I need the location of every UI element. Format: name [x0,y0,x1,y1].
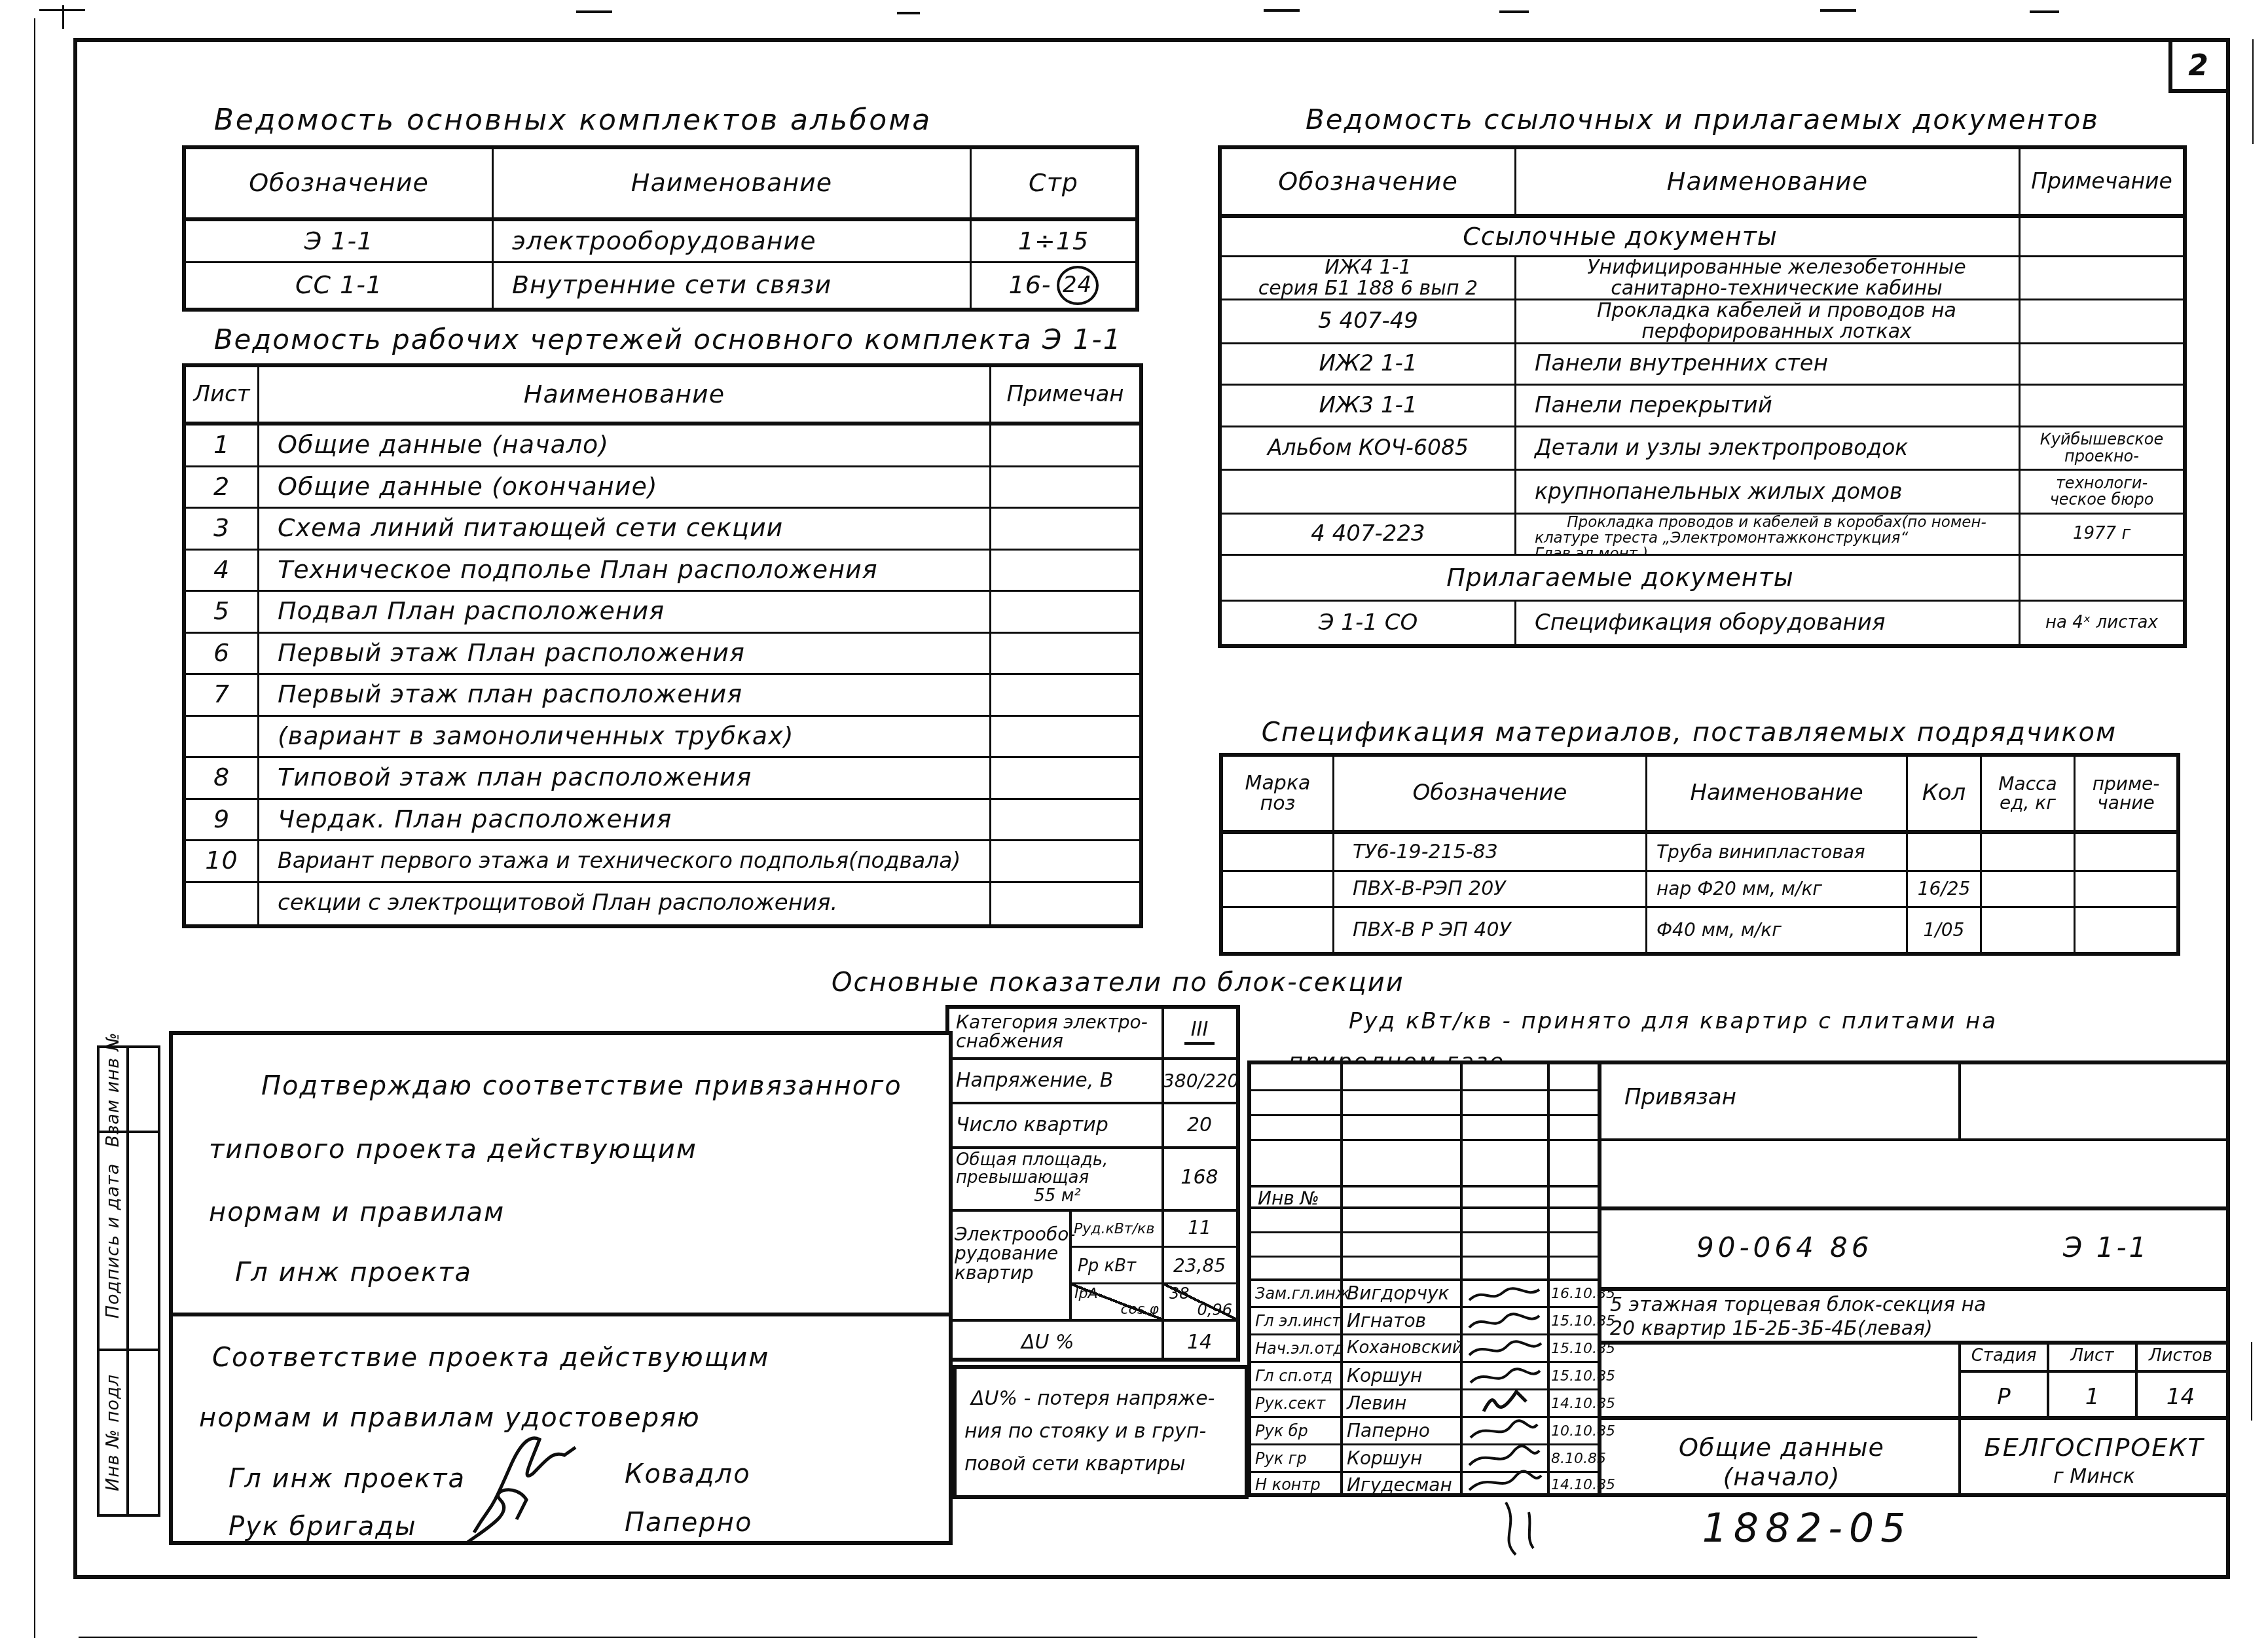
references-cell [2021,344,2183,386]
references-cell: Э 1-1 СО [1222,602,1516,644]
sheet-value: 1 [2049,1384,2135,1410]
ref-code-line: ИЖ4 1-1 [1325,257,1411,278]
materials-cell: Ф40 мм, м/кг [1647,908,1908,952]
grid-line [1601,1416,2226,1420]
signer-name: Коршун [1347,1365,1422,1386]
drawings-row-note [991,883,1139,925]
ref-name-line: перфорированных лотках [1641,321,1912,342]
signer-role: Зам.гл.инж [1255,1284,1349,1303]
references-cell: технологи- ческое бюро [2021,471,2183,515]
drawings-row-note [991,675,1139,717]
references-cell: Куйбышевское проекно- [2021,427,2183,471]
top-tick [2030,10,2059,13]
references-cell: Панели перекрытий [1516,386,2021,427]
drawings-row-name: секции с электрощитовой План расположени… [259,883,991,925]
indicator-sublabel: Рр кВт [1078,1256,1136,1276]
approval-role: Гл инж проекта [235,1258,472,1288]
drawings-row-num: 1 [186,426,259,467]
inv-number-label: Инв № [1258,1187,1319,1209]
signer-date: 8.10.85 [1551,1451,1606,1467]
signer-role: Рук.сект [1255,1394,1325,1413]
references-cell: 5 407-49 [1222,300,1516,344]
hdr-line: ед, кг [2000,793,2056,812]
pages-circled: 24 [1057,266,1099,305]
set-code: Э 1-1 [2063,1231,2149,1263]
drawings-row-name: Вариант первого этажа и технического под… [259,841,991,883]
strip-label: Подпись и дата [103,1163,123,1319]
page-number: 2 [2188,49,2210,82]
signer-date: 15.10.85 [1551,1313,1615,1330]
signer-role: Рук гр [1255,1449,1307,1468]
du-note-line: ния по стояку и в груп- [964,1420,1206,1443]
materials-cell [1982,834,2076,872]
signer-role: Гл сп.отд [1255,1367,1332,1385]
stage-value: Р [1961,1384,2047,1410]
divider-line [173,1313,949,1316]
grid-line [949,1102,1236,1104]
organization-name: БЕЛГОСПРОЕКТ [1965,1433,2223,1462]
signer-name: Игнатов [1347,1310,1426,1332]
references-cell: Альбом КОЧ-6085 [1222,427,1516,471]
label-line: снабжения [956,1032,1159,1051]
grid-line [1251,1231,1601,1233]
grid-line [1251,1278,1601,1281]
indicator-value: III [1163,1018,1236,1041]
signature-mark [454,1421,612,1546]
ref-name-line: Унифицированные железобетонные [1587,257,1966,278]
binding-status: Привязан [1624,1084,1736,1110]
drawings-row-name: Общие данные (начало) [259,426,991,467]
sheet-edge-right [2251,1342,2252,1421]
grid-line [1601,1138,2226,1141]
references-cell [2021,556,2183,602]
drawings-row-note [991,467,1139,509]
signer-role: Гл эл.инст [1255,1312,1341,1330]
references-header-note: Примечание [2021,149,2183,218]
drawings-row-note [991,634,1139,676]
order-number: 1882-05 [1663,1506,1951,1551]
hdr-line: приме- [2093,774,2160,793]
drawings-row-note [991,426,1139,467]
materials-cell: 16/25 [1908,872,1982,908]
object-name-line: 5 этажная торцевая блок-секция на [1610,1294,1986,1316]
indicator-label: Общая площадь, превышающая 55 м² [956,1151,1159,1205]
stage-header: Стадия [1961,1346,2047,1366]
grid-line [1251,1416,1601,1418]
album-header-pages: Стр [972,149,1135,221]
hdr-line: поз [1260,793,1296,814]
gas-note-line: Руд кВт/кв - принято для квартир с плита… [1349,1008,1998,1034]
album-cell: 1÷15 [972,221,1135,263]
signature-marks [1464,1280,1546,1493]
drawings-header-name: Наименование [259,367,991,426]
drawings-row-name: Типовой этаж план расположения [259,758,991,800]
signer-name: Кохановский [1347,1338,1463,1358]
references-table: Обозначение Наименование Примечание Ссыл… [1218,145,2187,648]
margin-strip: Взам инв № Подпись и дата Инв № подл [97,1045,160,1517]
references-cell [2021,300,2183,344]
materials-header-pos: Марка поз [1223,757,1334,834]
drawings-row-num: 9 [186,800,259,842]
hdr-line: Масса [1998,774,2057,793]
du-note-line: ΔU% - потеря напряже- [971,1387,1215,1410]
approval-signer-role: Гл инж проекта [229,1464,466,1494]
grid-line [949,1319,1236,1322]
drawings-header-note: Примечан [991,367,1139,426]
drawings-row-num: 10 [186,841,259,883]
label-line: Электрообо- [955,1225,1069,1244]
drawing-sheet: 2 Ведомость основных комплектов альбома … [0,0,2268,1649]
signer-date: 16.10.85 [1551,1286,1615,1302]
category-value: III [1184,1018,1215,1045]
signer-date: 10.10.85 [1551,1423,1615,1440]
strip-label: Инв № подл [103,1374,123,1491]
approval-signer-name: Ковадло [625,1459,751,1489]
signer-role: Нач.эл.отд [1255,1339,1344,1358]
materials-cell: Труба винипластовая [1647,834,1908,872]
ref-name-line: Прокладка кабелей и проводов на [1597,300,1956,321]
drawings-table-title: Ведомость рабочих чертежей основного ком… [190,323,1146,355]
materials-cell: 1/05 [1908,908,1982,952]
hdr-line: Марка [1245,773,1311,794]
references-cell [1222,471,1516,515]
indicator-label: Число квартир [956,1114,1108,1136]
grid-line [1251,1089,1601,1091]
drawings-row-name: Чердак. План расположения [259,800,991,842]
du-note-box: ΔU% - потеря напряже- ния по стояку и в … [953,1365,1249,1499]
materials-cell [1982,908,2076,952]
references-cell: ИЖ3 1-1 [1222,386,1516,427]
materials-cell [2076,834,2176,872]
signer-role: Рук бр [1255,1422,1308,1440]
references-cell: 1977 г [2021,515,2183,556]
album-header-code: Обозначение [186,149,494,221]
page-number-box: 2 [2168,38,2230,93]
strip-cell-vzam: Взам инв № [100,1048,126,1131]
references-cell: Панели внутренних стен [1516,344,2021,386]
references-section: Ссылочные документы [1222,218,2021,257]
references-cell: на 4ˣ листах [2021,602,2183,644]
indicators-title: Основные показатели по блок-секции [832,968,1349,998]
drawings-row-note [991,758,1139,800]
grid-line [1601,1287,2226,1291]
references-table-title: Ведомость ссылочных и прилагаемых докуме… [1231,103,2174,136]
references-header-code: Обозначение [1222,149,1516,218]
approval-text-line: Соответствие проекта действующим [212,1343,769,1373]
drawings-row-note [991,551,1139,592]
grid-line [1251,1256,1601,1258]
drawings-row-name: Первый этаж План расположения [259,634,991,676]
materials-cell [1982,872,2076,908]
approval-box: Подтверждаю соответствие привязанного ти… [169,1031,953,1545]
signer-date: 14.10.85 [1551,1477,1615,1493]
sheet-edge-left [34,18,35,1638]
references-cell: Спецификация оборудования [1516,602,2021,644]
drawings-row-num: 5 [186,592,259,634]
sheets-header: Листов [2138,1346,2223,1366]
album-cell: 16- 24 [972,263,1135,308]
materials-cell [2076,872,2176,908]
drawings-row-name: Техническое подполье План расположения [259,551,991,592]
album-cell: СС 1-1 [186,263,494,308]
drawings-row-note [991,592,1139,634]
drawings-row-num: 4 [186,551,259,592]
ira-value: 38 [1169,1284,1190,1303]
materials-cell [1223,908,1334,952]
approval-text-line: нормам и правилам [209,1197,505,1227]
label-line: 55 м² [956,1187,1159,1205]
references-cell: Прокладка проводов и кабелей в коробах(п… [1516,515,2021,556]
drawings-row-note [991,717,1139,759]
drawings-table: Лист Наименование Примечан 1 Общие данны… [182,363,1143,928]
approval-signer-role: Рук бригады [229,1512,417,1542]
indicator-value: 11 [1163,1217,1236,1239]
grid-line [1251,1333,1601,1335]
signer-date: 15.10.85 [1551,1341,1615,1357]
materials-cell: ТУ6-19-215-83 [1334,834,1647,872]
corner-mark [62,5,64,29]
ref-name-line: Прокладка проводов и кабелей в коробах(п… [1567,515,1986,530]
ira-label: IрА [1074,1286,1098,1302]
title-block: Инв № Привязан 90-064 86 Э 1-1 5 этажная… [1247,1060,2230,1497]
album-table: Обозначение Наименование Стр Э 1-1 элект… [182,145,1139,312]
label-line: Общая площадь, [956,1151,1159,1169]
materials-cell [1223,834,1334,872]
materials-table-title: Спецификация материалов, поставляемых по… [1224,717,2154,748]
drawings-row-num [186,883,259,925]
project-code: 90-064 86 [1696,1231,1873,1263]
grid-line [1251,1306,1601,1308]
cos-value: 0,96 [1198,1301,1232,1319]
signer-date: 14.10.85 [1551,1396,1615,1412]
materials-cell [1223,872,1334,908]
sheet-title-line: (начало) [1605,1462,1958,1491]
ref-note-line: ческое бюро [2050,492,2154,508]
grid-line [949,1146,1236,1149]
grid-line [1958,1064,1961,1138]
indicator-value: 380/220 [1163,1070,1236,1092]
hdr-line: чание [2097,793,2154,812]
sheet-title-line: Общие данные [1605,1433,1958,1462]
signer-role: Н контр [1255,1476,1321,1494]
references-header-name: Наименование [1516,149,2021,218]
drawings-row-num: 7 [186,675,259,717]
materials-cell [1908,834,1982,872]
materials-cell: ПВХ-В-РЭП 20У [1334,872,1647,908]
ref-name-line: санитарно-технические кабины [1611,278,1943,299]
grid-line [949,1057,1236,1060]
approval-text-line: нормам и правилам удостоверяю [199,1403,701,1433]
grid-line [1251,1443,1601,1445]
ref-code-line: серия Б1 188 6 вып 2 [1258,278,1478,299]
label-line: Категория электро- [956,1013,1159,1032]
sheet-header: Лист [2049,1346,2135,1366]
drawings-row-num: 6 [186,634,259,676]
album-table-title: Ведомость основных комплектов альбома [196,103,949,137]
drawings-row-note [991,509,1139,551]
album-cell: Внутренние сети связи [494,263,972,308]
top-tick [897,12,920,14]
drawings-row-num: 8 [186,758,259,800]
ref-name-line: клатуре треста „Электромонтажконструкция… [1535,530,2019,556]
sheets-value: 14 [2138,1384,2223,1410]
drawings-row-num: 3 [186,509,259,551]
references-cell: Детали и узлы электропроводок [1516,427,2021,471]
organization-city: г Минск [1965,1465,2223,1488]
sheet-edge-right [2252,39,2254,144]
references-cell: Унифицированные железобетонные санитарно… [1516,257,2021,300]
album-header-name: Наименование [494,149,972,221]
top-tick [1499,10,1529,13]
grid-line [1251,1361,1601,1363]
strip-cell-inv: Инв № подл [100,1351,126,1514]
grid-line [1251,1114,1601,1116]
signer-name: Игудесман [1347,1474,1452,1496]
indicator-value: 14 [1163,1331,1236,1354]
indicator-label: Электрообо- рудование квартир [955,1225,1069,1282]
materials-table: Марка поз Обозначение Наименование Кол М… [1219,753,2180,956]
grid-line [126,1048,129,1514]
references-section: Прилагаемые документы [1222,556,2021,602]
pages-prefix: 16- [1008,272,1051,299]
indicator-value: 23,85 [1163,1255,1236,1277]
grid-line [1958,1370,2226,1373]
materials-header-name: Наименование [1647,757,1908,834]
label-line: превышающая [956,1169,1159,1187]
drawings-row-name: Схема линий питающей сети секции [259,509,991,551]
ref-note-line: технологи- [2056,475,2148,492]
grid-line [1251,1388,1601,1390]
references-cell: 4 407-223 [1222,515,1516,556]
drawings-row-name: Общие данные (окончание) [259,467,991,509]
drawings-header-num: Лист [186,367,259,426]
top-tick [576,10,612,13]
drawings-row-name: Подвал План расположения [259,592,991,634]
signer-name: Паперно [1347,1420,1430,1441]
references-cell [2021,257,2183,300]
indicator-value: 168 [1163,1166,1236,1189]
indicator-sublabel: Руд.кВт/кв [1074,1221,1160,1237]
references-cell: ИЖ2 1-1 [1222,344,1516,386]
album-cell: электрооборудование [494,221,972,263]
strip-label: Взам инв № [103,1032,123,1147]
indicator-value: 20 [1163,1114,1236,1136]
indicator-label: Категория электро- снабжения [956,1013,1159,1051]
materials-cell [2076,908,2176,952]
signer-name: Вигдорчук [1347,1282,1449,1304]
materials-cell: ПВХ-В Р ЭП 40У [1334,908,1647,952]
signer-date: 15.10.85 [1551,1368,1615,1385]
drawings-row-num: 2 [186,467,259,509]
grid-line [949,1209,1236,1212]
materials-header-note: приме- чание [2076,757,2176,834]
grid-line [1069,1246,1236,1248]
album-cell: Э 1-1 [186,221,494,263]
indicators-table: Категория электро- снабжения III Напряже… [945,1005,1240,1362]
drawings-row-num [186,717,259,759]
signer-name: Коршун [1347,1447,1422,1469]
grid-line [1251,1471,1601,1473]
references-cell [2021,218,2183,257]
cos-label: cos φ [1120,1301,1159,1318]
strip-cell-podpis: Подпись и дата [100,1133,126,1349]
references-cell: ИЖ4 1-1 серия Б1 188 6 вып 2 [1222,257,1516,300]
sheet-edge-bottom [79,1637,1977,1638]
label-line: квартир [955,1263,1069,1282]
diagonal-cell: 38 0,96 [1164,1284,1236,1319]
drawings-row-name: (вариант в замоноличенных трубках) [259,717,991,759]
materials-cell: нар Ф20 мм, м/кг [1647,872,1908,908]
materials-header-mass: Масса ед, кг [1982,757,2076,834]
references-cell: Прокладка кабелей и проводов на перфорир… [1516,300,2021,344]
signature-mark [1493,1499,1558,1558]
references-cell [2021,386,2183,427]
top-tick [1820,9,1856,12]
du-note-line: повой сети квартиры [964,1453,1185,1476]
grid-line [1601,1206,2226,1210]
ref-note-line: Куйбышевское [2040,431,2164,448]
ref-note-line: проекно- [2064,448,2139,465]
references-cell: крупнопанельных жилых домов [1516,471,2021,515]
approval-text-line: Подтверждаю соответствие привязанного [261,1071,902,1101]
label-line: рудование [955,1244,1069,1263]
approval-text-line: типового проекта действующим [209,1134,697,1165]
top-tick [1264,9,1300,12]
indicator-label: ΔU % [1021,1331,1074,1354]
materials-header-qty: Кол [1908,757,1982,834]
drawings-row-name: Первый этаж план расположения [259,675,991,717]
signer-name: Левин [1347,1392,1406,1414]
approval-signer-name: Паперно [625,1508,752,1538]
drawings-row-note [991,841,1139,883]
diagonal-cell: IрА cos φ [1072,1284,1161,1319]
object-name-line: 20 квартир 1Б-2Б-3Б-4Б(левая) [1610,1317,1933,1340]
materials-header-code: Обозначение [1334,757,1647,834]
drawings-row-note [991,800,1139,842]
grid-line [1251,1139,1601,1141]
grid-line [1601,1341,2226,1345]
indicator-label: Напряжение, В [956,1069,1113,1092]
